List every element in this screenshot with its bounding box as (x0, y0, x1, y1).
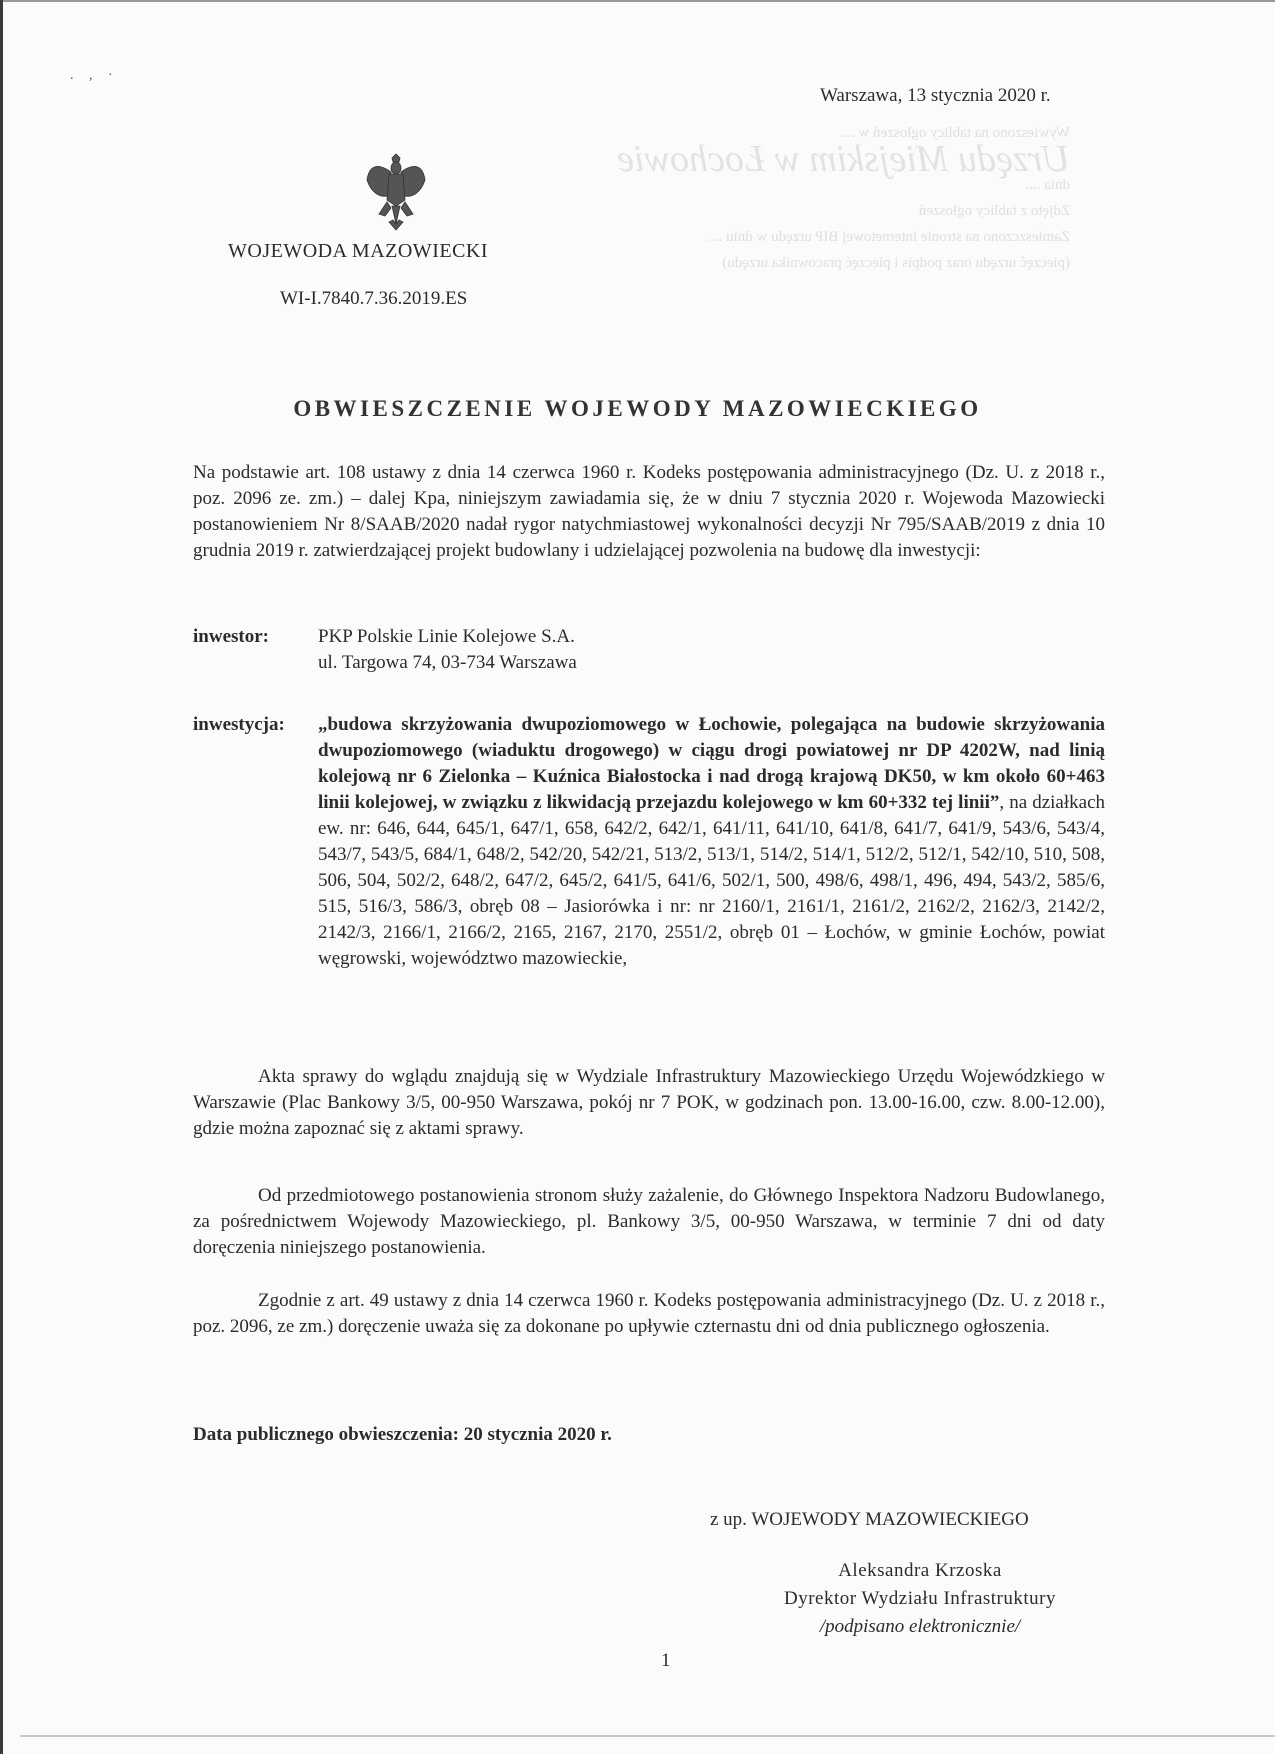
scan-edge-top (0, 0, 1275, 2)
publication-date: Data publicznego obwieszczenia: 20 stycz… (193, 1424, 612, 1446)
investment-details: „budowa skrzyżowania dwupoziomowego w Ło… (318, 712, 1105, 972)
scan-edge-bottom (20, 1735, 1275, 1737)
investor-name: PKP Polskie Linie Kolejowe S.A. (318, 624, 1105, 650)
investment-label: inwestycja: (193, 712, 285, 738)
investment-plots: , na działkach ew. nr: 646, 644, 645/1, … (318, 792, 1105, 969)
investor-address: ul. Targowa 74, 03-734 Warszawa (318, 650, 1105, 676)
signature-block: Aleksandra Krzoska Dyrektor Wydziału Inf… (740, 1557, 1100, 1641)
signature-on-behalf: z up. WOJEWODY MAZOWIECKIEGO (710, 1509, 1190, 1531)
scan-edge-left (0, 0, 3, 1754)
signature-note: /podpisano elektronicznie/ (740, 1613, 1100, 1641)
case-reference: WI-I.7840.7.36.2019.ES (280, 288, 467, 310)
investor-label: inwestor: (193, 624, 269, 650)
polish-eagle-emblem-icon (365, 152, 427, 232)
appeal-paragraph: Od przedmiotowego postanowienia stronom … (193, 1183, 1105, 1261)
place-date: Warszawa, 13 stycznia 2020 r. (820, 85, 1051, 107)
authority-name: WOJEWODA MAZOWIECKI (228, 240, 488, 263)
signatory-name: Aleksandra Krzoska (740, 1557, 1100, 1585)
bleed-line: Zdjęto z tablicy ogłoszeń (170, 198, 1070, 224)
investment-description: „budowa skrzyżowania dwupoziomowego w Ło… (318, 714, 1105, 813)
intro-paragraph: Na podstawie art. 108 ustawy z dnia 14 c… (193, 460, 1105, 564)
delivery-paragraph: Zgodnie z art. 49 ustawy z dnia 14 czerw… (193, 1288, 1105, 1340)
case-files-paragraph: Akta sprawy do wglądu znajdują się w Wyd… (193, 1064, 1105, 1142)
page-number: 1 (661, 1650, 671, 1672)
bleed-handwriting: Urzędu Miejskim w Łochowie (170, 146, 1070, 172)
document-title: OBWIESZCZENIE WOJEWODY MAZOWIECKIEGO (0, 396, 1275, 422)
signatory-position: Dyrektor Wydziału Infrastruktury (740, 1585, 1100, 1613)
scan-specks: . , · (70, 68, 119, 84)
investor-details: PKP Polskie Linie Kolejowe S.A. ul. Targ… (318, 624, 1105, 676)
